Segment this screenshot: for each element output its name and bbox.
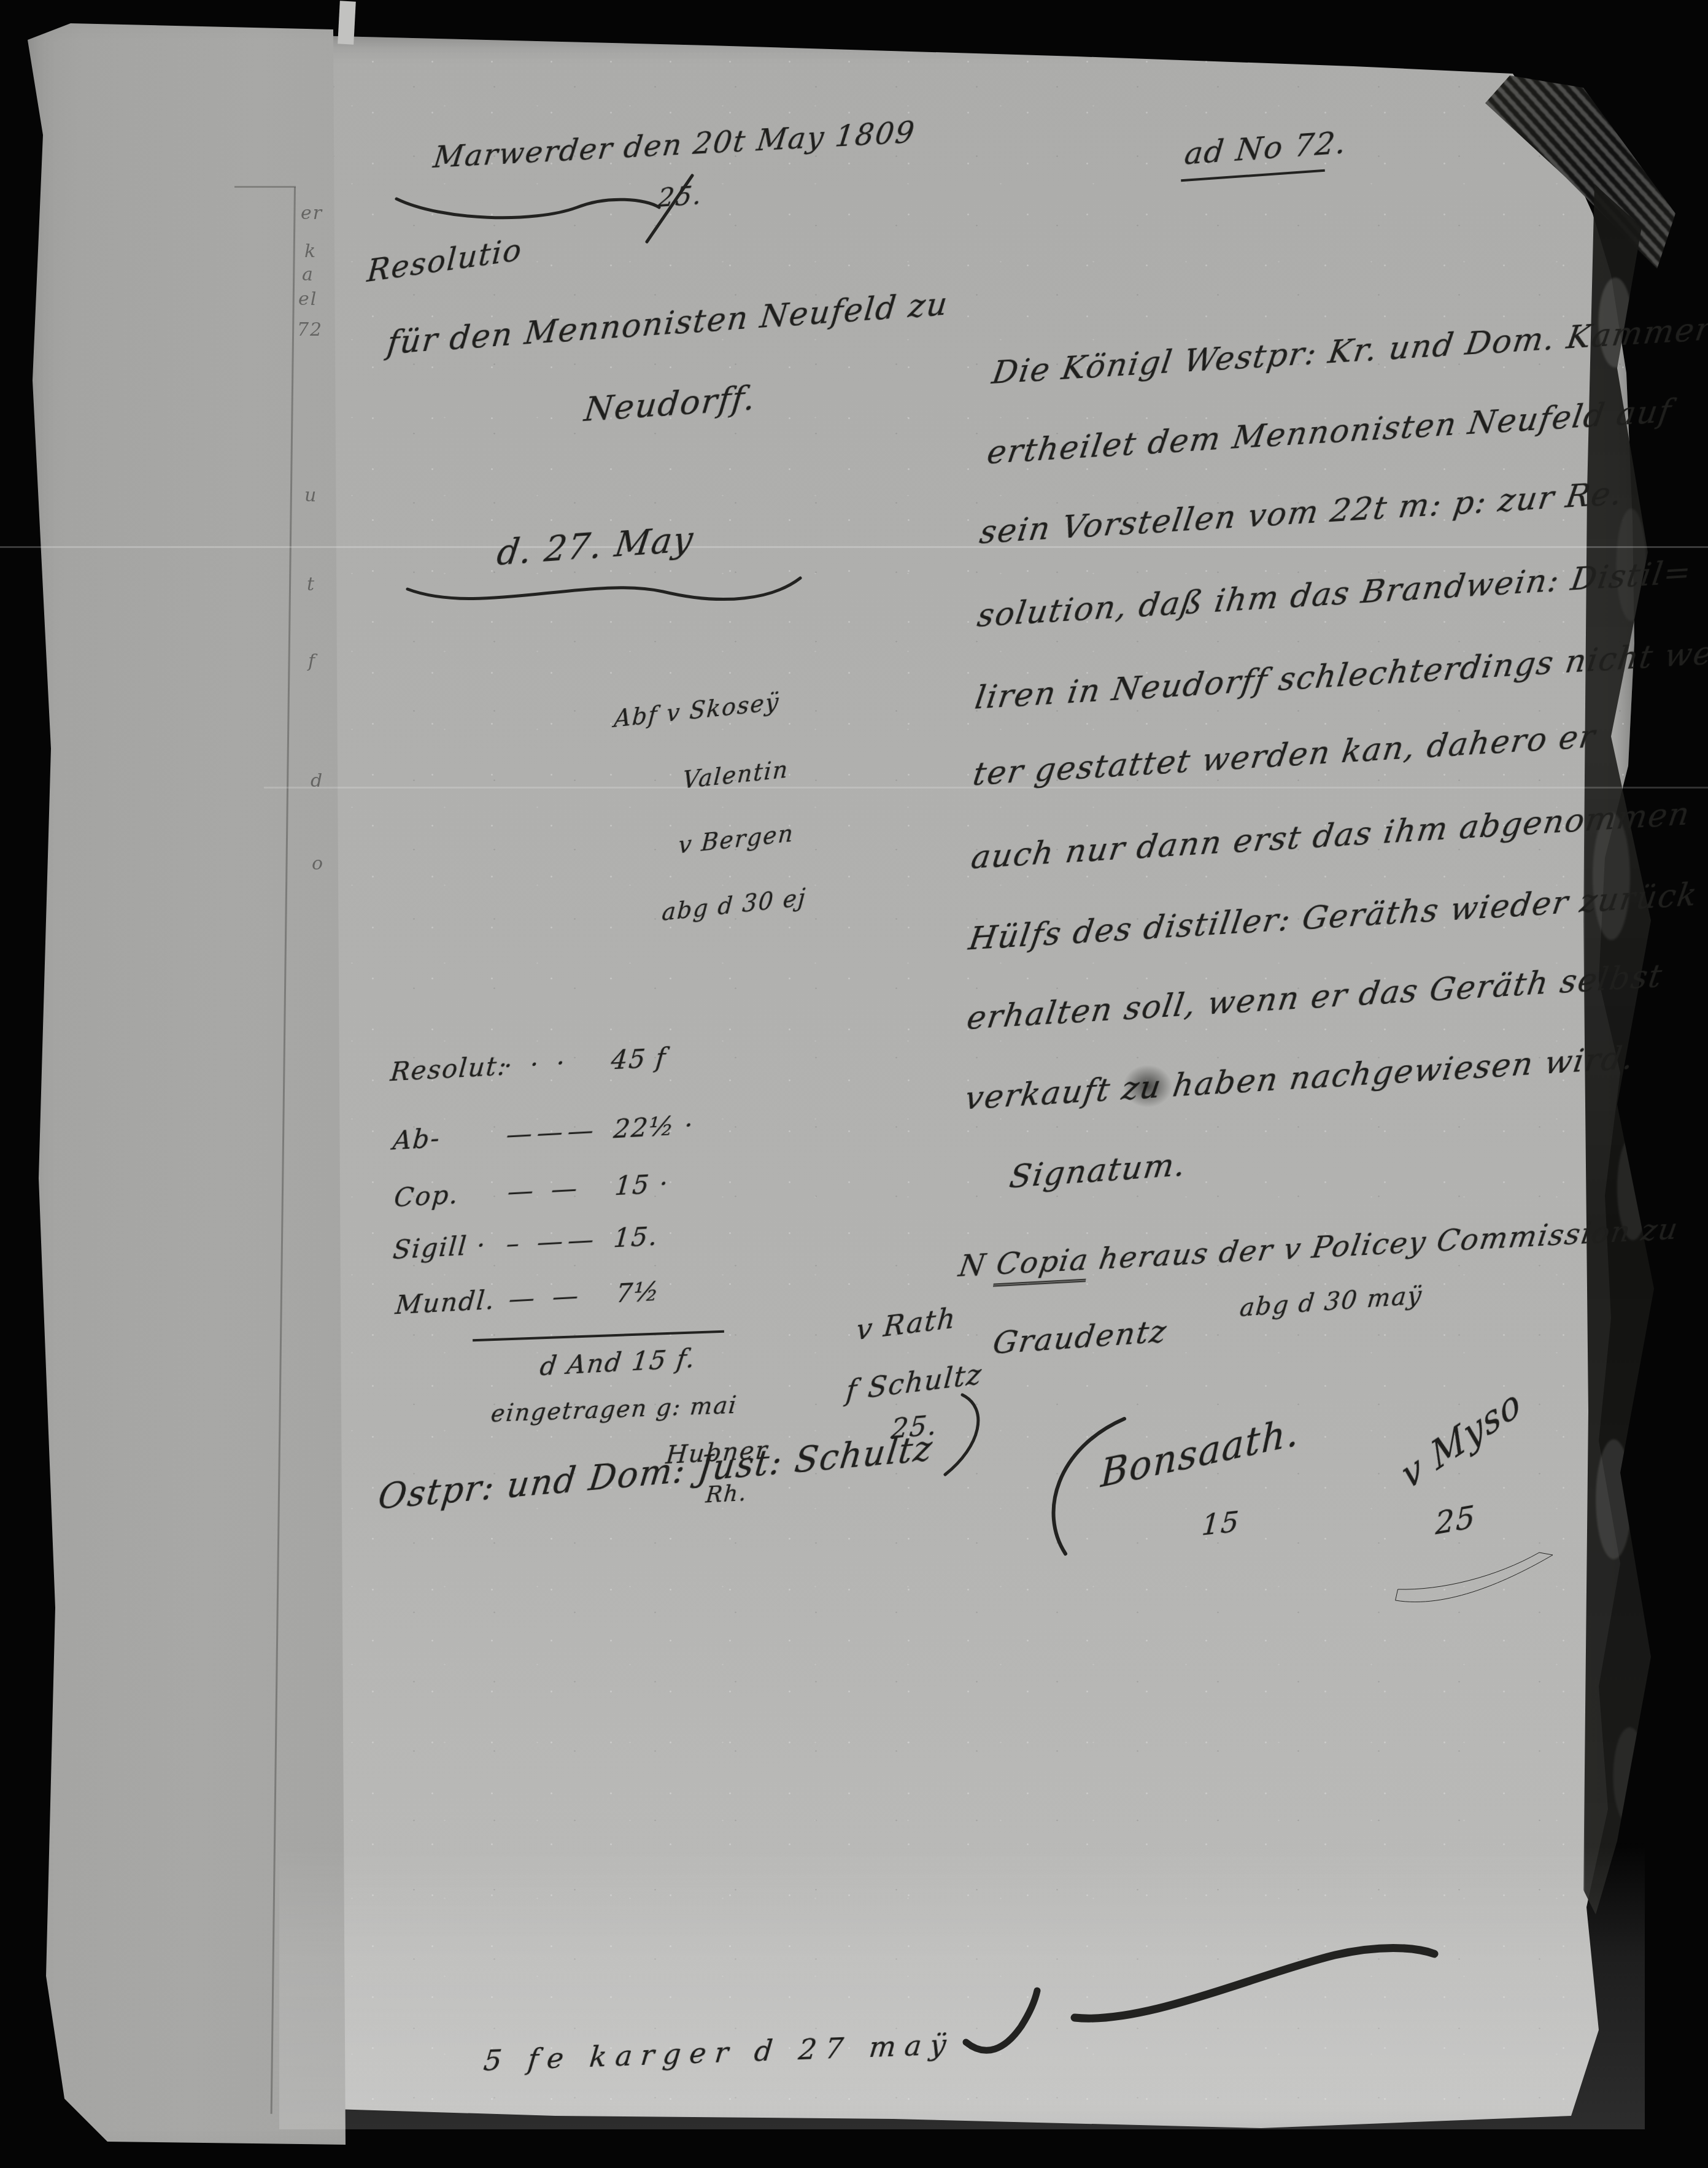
dateline-flourish [393,182,663,226]
margin-fragment: er [301,203,323,224]
fee-value: 22½ · [612,1110,689,1144]
fee-dashes: ——— [505,1114,615,1150]
margin-rule-corner [234,186,296,188]
commissioner-fee-number: 15 [1200,1504,1241,1541]
ink-blot [1123,1065,1172,1108]
fee-label: Mundl. [394,1284,510,1321]
fee-label: Resolut: [389,1051,505,1087]
margin-fragment: 72 [297,319,323,341]
director-fee-number: 25 [1436,1499,1477,1542]
archival-scan-page: er k a el 72 u t f d o Marwerder den 20t… [0,0,1708,2168]
fee-dashes: — — [506,1171,616,1207]
fee-label: Cop. [393,1177,509,1213]
copy-note-underlined-word: Copia [993,1242,1091,1286]
fee-dashes: – —— [505,1224,615,1259]
fee-label: Sigill · [392,1229,508,1265]
countersign-loop-flourish [938,1390,999,1482]
fee-value: 45 f [610,1041,686,1076]
fee-value: 15 · [614,1167,690,1202]
paper-tab [338,1,356,44]
margin-fragment: t [307,574,315,595]
margin-fragment: o [312,853,324,874]
margin-fragment: f [308,650,316,672]
margin-fragment: d [311,770,323,792]
margin-fragment: k [304,241,317,262]
footer-check-flourish [961,1983,1072,2063]
fee-label: Ab- [392,1120,508,1156]
decree-date-flourish [405,571,804,615]
fee-dashes: — — [508,1279,617,1314]
margin-fragment: el [298,288,317,310]
fee-dashes: · · · [503,1046,612,1081]
fee-value: 15. [612,1219,689,1254]
copy-note-prefix: N [956,1247,999,1284]
margin-fragment: a [302,264,314,285]
margin-fragment: u [304,485,317,506]
footer-swoosh-flourish [1071,1938,1439,2030]
fee-value: 7½ [615,1275,691,1309]
signature-heavy-stroke [1392,1551,1558,1607]
